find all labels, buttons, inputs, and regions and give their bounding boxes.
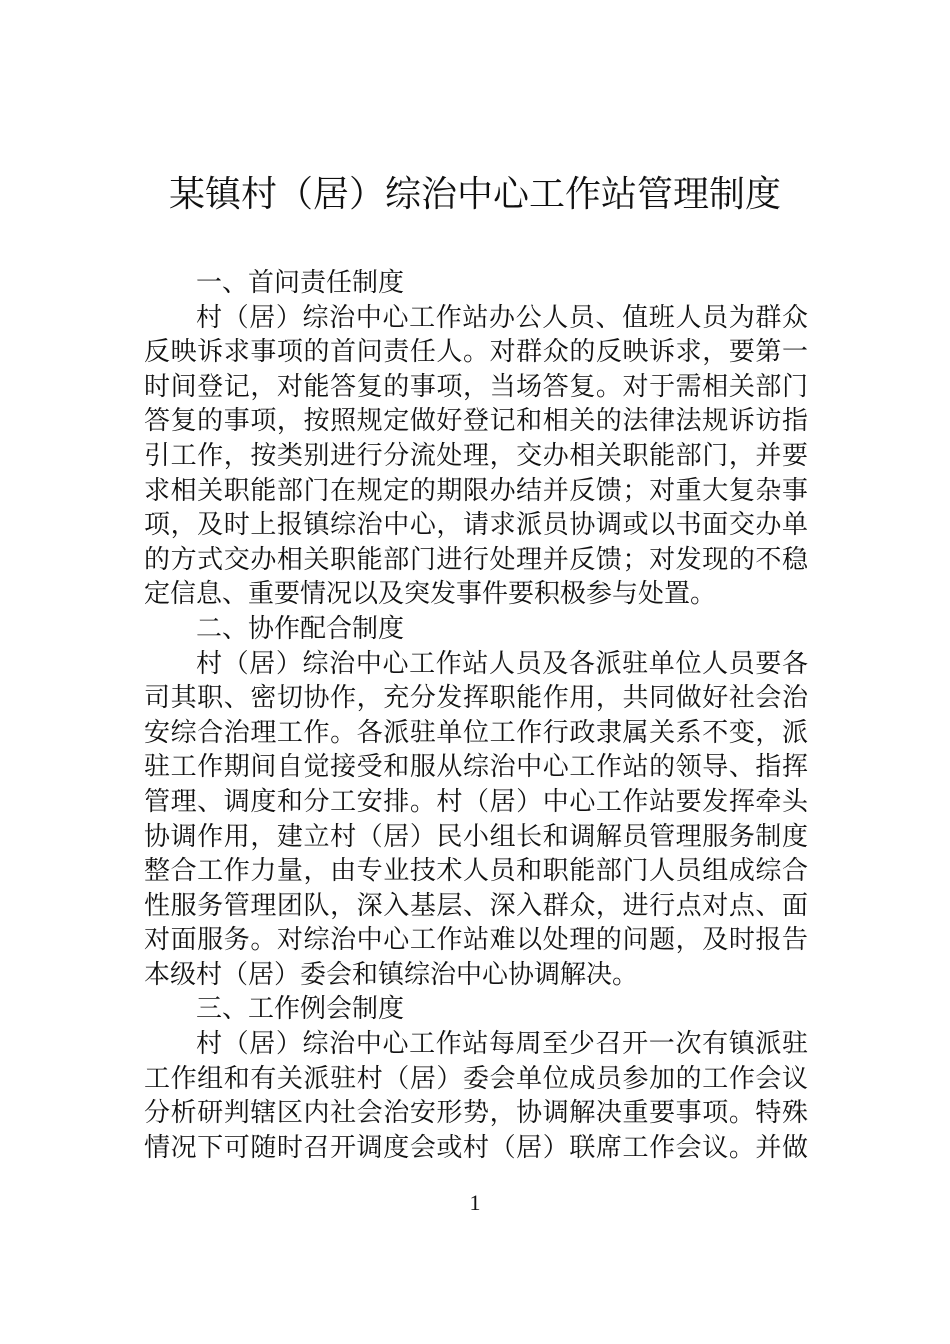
paragraph-line: 反映诉求事项的首问责任人。对群众的反映诉求，要第一 [144, 335, 808, 370]
document-title: 某镇村（居）综治中心工作站管理制度 [0, 170, 950, 220]
document-body: 一、首问责任制度 村（居）综治中心工作站办公人员、值班人员为群众 反映诉求事项的… [144, 266, 808, 1165]
section-heading: 三、工作例会制度 [144, 992, 808, 1027]
page-number: 1 [0, 1188, 950, 1218]
paragraph-line: 的方式交办相关职能部门进行处理并反馈；对发现的不稳 [144, 543, 808, 578]
paragraph-line: 整合工作力量，由专业技术人员和职能部门人员组成综合 [144, 854, 808, 889]
paragraph-line: 驻工作期间自觉接受和服从综治中心工作站的领导、指挥 [144, 750, 808, 785]
paragraph-line: 管理、调度和分工安排。村（居）中心工作站要发挥牵头 [144, 785, 808, 820]
paragraph-line: 项，及时上报镇综治中心，请求派员协调或以书面交办单 [144, 508, 808, 543]
paragraph-line: 时间登记，对能答复的事项，当场答复。对于需相关部门 [144, 370, 808, 405]
paragraph-line: 定信息、重要情况以及突发事件要积极参与处置。 [144, 577, 808, 612]
section-heading: 二、协作配合制度 [144, 612, 808, 647]
paragraph-line: 引工作，按类别进行分流处理，交办相关职能部门，并要 [144, 439, 808, 474]
paragraph-line: 求相关职能部门在规定的期限办结并反馈；对重大复杂事 [144, 474, 808, 509]
paragraph-line: 工作组和有关派驻村（居）委会单位成员参加的工作会议 [144, 1062, 808, 1097]
paragraph-line: 答复的事项，按照规定做好登记和相关的法律法规诉访指 [144, 404, 808, 439]
paragraph-line: 协调作用，建立村（居）民小组长和调解员管理服务制度 [144, 820, 808, 855]
paragraph-line: 村（居）综治中心工作站人员及各派驻单位人员要各 [144, 647, 808, 682]
paragraph-line: 村（居）综治中心工作站办公人员、值班人员为群众 [144, 301, 808, 336]
paragraph-line: 安综合治理工作。各派驻单位工作行政隶属关系不变，派 [144, 716, 808, 751]
section-heading: 一、首问责任制度 [144, 266, 808, 301]
paragraph-line: 性服务管理团队，深入基层、深入群众，进行点对点、面 [144, 889, 808, 924]
paragraph-line: 村（居）综治中心工作站每周至少召开一次有镇派驻 [144, 1027, 808, 1062]
paragraph-line: 分析研判辖区内社会治安形势，协调解决重要事项。特殊 [144, 1096, 808, 1131]
paragraph-line: 司其职、密切协作，充分发挥职能作用，共同做好社会治 [144, 681, 808, 716]
document-page: 某镇村（居）综治中心工作站管理制度 一、首问责任制度 村（居）综治中心工作站办公… [0, 0, 950, 1344]
paragraph-line: 对面服务。对综治中心工作站难以处理的问题，及时报告 [144, 923, 808, 958]
paragraph-line: 情况下可随时召开调度会或村（居）联席工作会议。并做 [144, 1131, 808, 1166]
paragraph-line: 本级村（居）委会和镇综治中心协调解决。 [144, 958, 808, 993]
